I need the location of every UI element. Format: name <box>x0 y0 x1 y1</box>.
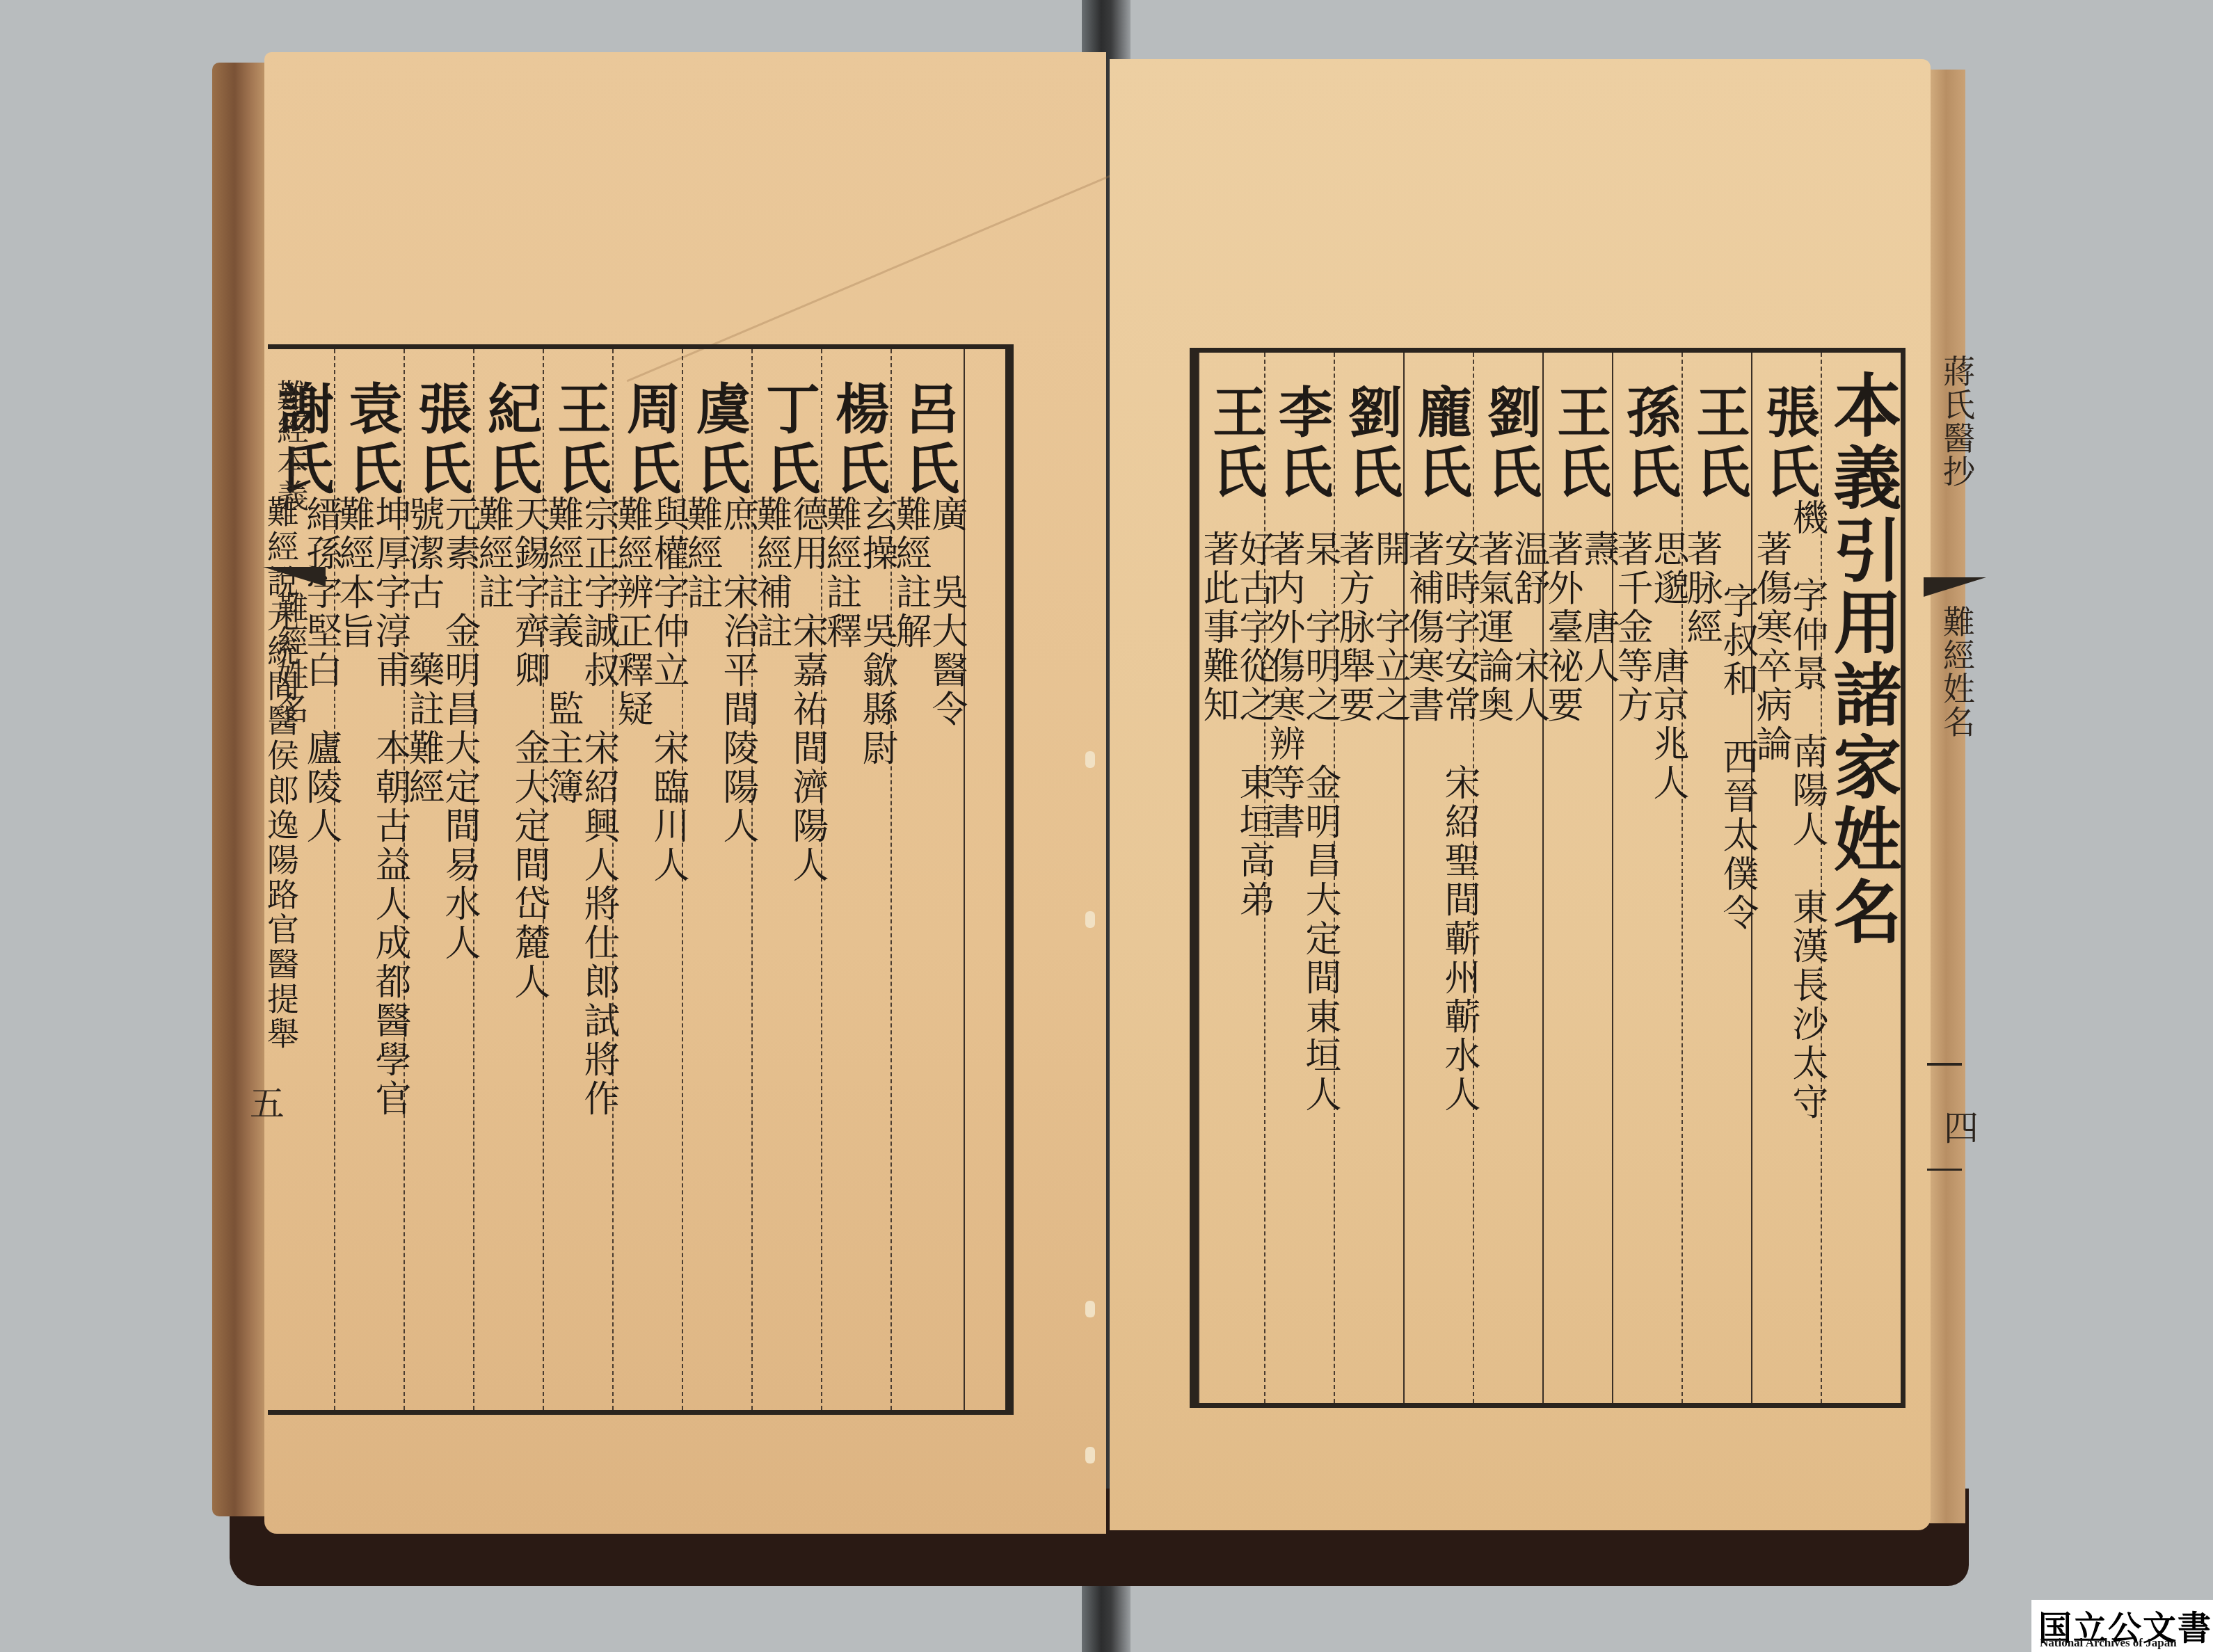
entry-line1: 安時字安常 宋紹聖間蘄州蘄水人 <box>1441 530 1477 1114</box>
left-page-number: 五 <box>247 1085 282 1121</box>
left-margin-header: 難經本義 <box>275 379 307 513</box>
left-page-stack-edge <box>212 63 268 1516</box>
entry-line1: 杲 字明之 金明昌大定間東垣人 <box>1302 530 1338 1114</box>
entry-name: 王氏 <box>1691 384 1745 504</box>
entry-line1: 庶 宋治平間陵陽人 <box>719 495 756 846</box>
entry-name: 劉氏 <box>1483 384 1537 504</box>
entry-name: 王氏 <box>1552 384 1606 504</box>
entry-line1: 機 字仲景 南陽人 東漢長沙太守 <box>1789 499 1825 1122</box>
entry-line1: 玄操 吳歙縣尉 <box>858 495 895 768</box>
page-title: 本義引用諸家姓名 <box>1828 370 1896 949</box>
entry-line1: 天錫字齊卿 金大定間岱麓人 <box>511 495 547 1002</box>
entry-name: 楊氏 <box>831 380 885 500</box>
right-page-frame: 本義引用諸家姓名 張氏 機 字仲景 南陽人 東漢長沙太守 著傷寒卒病論 王氏 字… <box>1190 348 1906 1408</box>
entry-name: 張氏 <box>413 380 468 500</box>
entry-2: 孫氏 思邈 唐京兆人 著千金等方 <box>1612 353 1613 1403</box>
left-page-frame: 呂氏 廣 吳大醫令 難經註解 楊氏 玄操 吳歙縣尉 難經註釋 丁氏 德用 宋嘉祐… <box>268 344 1014 1415</box>
entry-line1: 思邈 唐京兆人 <box>1649 530 1686 803</box>
right-page-number: 四 <box>1941 1109 1976 1146</box>
entry-3: 王氏 燾 唐人 著外臺祕要 <box>1542 353 1544 1403</box>
entry-name: 紀氏 <box>483 380 537 500</box>
fish-tail-mark-icon <box>263 567 326 586</box>
entry-line1: 温舒 宋人 <box>1510 530 1547 725</box>
entry-name: 周氏 <box>622 380 676 500</box>
entry-name: 張氏 <box>1761 384 1815 504</box>
entry-name: 丁氏 <box>761 380 815 500</box>
entry-name: 王氏 <box>1208 384 1262 504</box>
entry-line1: 宗正字誠叔 宋紹興人將仕郎試將作 <box>580 495 616 1118</box>
entry-line1: 與權字仲立 宋臨川人 <box>650 495 686 885</box>
entry-line1: 燾 唐人 <box>1580 530 1616 686</box>
left-margin-subtitle: 難經姓名 <box>275 591 307 725</box>
entry-name: 虞氏 <box>692 380 746 500</box>
archive-watermark: 国立公文書館 National Archives of Japan <box>2031 1600 2213 1652</box>
entry-line1: 元素 金明昌大定間易水人 <box>441 495 477 963</box>
right-margin-header: 蔣氏醫抄 <box>1941 355 1973 488</box>
entry-line1: 開 字立之 <box>1371 530 1407 725</box>
entry-name: 李氏 <box>1274 384 1328 504</box>
binding-stitch <box>1085 751 1095 768</box>
entry-name: 劉氏 <box>1343 384 1398 504</box>
entry-8: 王氏 好古字從之 東垣高弟 著此事難知 <box>1198 353 1199 1403</box>
fish-tail-mark-icon <box>1924 577 1986 597</box>
entry-1: 王氏 字叔和 西晉太僕令 著脉經 <box>1681 353 1683 1403</box>
entry-line1: 廣 吳大醫令 <box>928 495 964 729</box>
right-page-stack-edge <box>1927 70 1965 1523</box>
entry-line1: 字叔和 西晉太僕令 <box>1719 582 1755 933</box>
entry-line2: 著此事難知 <box>1199 530 1236 725</box>
entry-name: 呂氏 <box>900 380 954 500</box>
title-column: 本義引用諸家姓名 <box>1821 353 1901 1403</box>
right-margin-subtitle: 難經姓名 <box>1941 605 1973 739</box>
margin-rule <box>1927 1169 1962 1171</box>
binding-stitch <box>1085 1301 1095 1317</box>
entry-name: 袁氏 <box>344 380 398 500</box>
entry-line1: 坤厚字淳甫 本朝古益人成都醫學官 <box>372 495 408 1118</box>
entry-name: 孫氏 <box>1622 384 1676 504</box>
binding-stitch <box>1085 1447 1095 1463</box>
entry-name: 王氏 <box>552 380 607 500</box>
entry-line1: 德用 宋嘉祐間濟陽人 <box>789 495 825 885</box>
entry-5: 龐氏 安時字安常 宋紹聖間蘄州蘄水人 著補傷寒書 <box>1403 353 1405 1403</box>
watermark-english: National Archives of Japan <box>2040 1636 2177 1650</box>
margin-rule <box>1927 1063 1962 1066</box>
entry-line1: 好古字從之 東垣高弟 <box>1236 530 1272 920</box>
binding-stitch <box>1085 911 1095 928</box>
entry-name: 龐氏 <box>1413 384 1467 504</box>
